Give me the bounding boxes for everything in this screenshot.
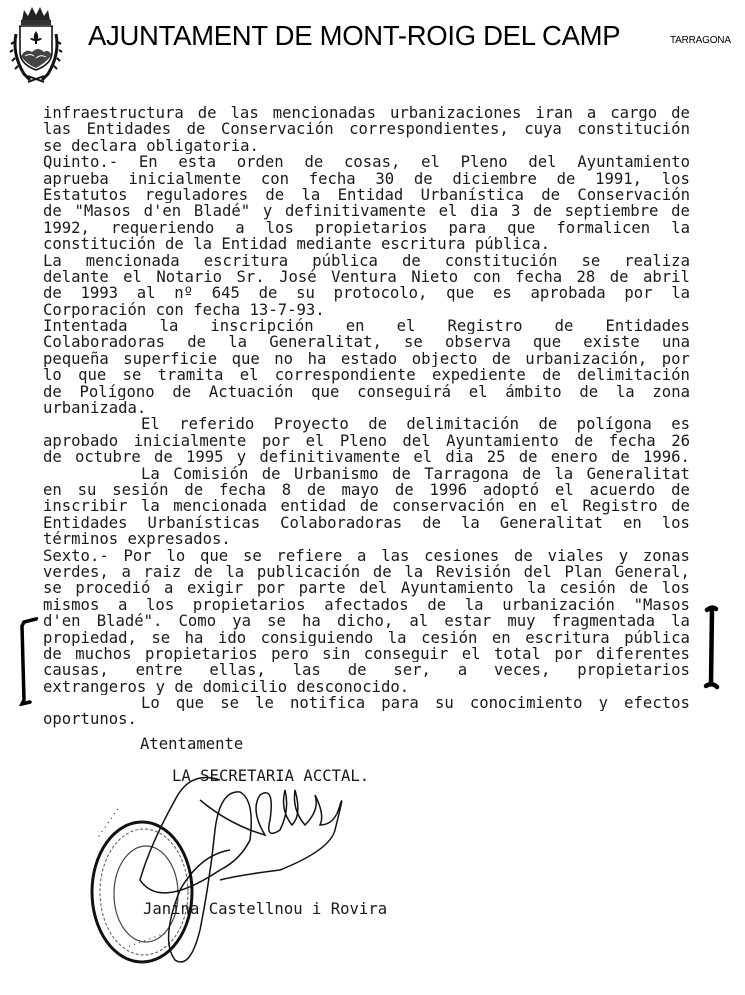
letter-line: se declara obligatoria. bbox=[43, 138, 690, 154]
signatory-name: Janina Castellnou i Rovira bbox=[143, 900, 387, 918]
letterhead-title: AJUNTAMENT DE MONT-ROIG DEL CAMP bbox=[88, 20, 620, 52]
letter-line: oportunos. bbox=[43, 711, 690, 727]
letter-line: EntidadesUrbanísticasColaboradorasdelaGe… bbox=[43, 515, 690, 531]
letter-line: seprocedióaexigirporpartedelAyuntamiento… bbox=[43, 580, 690, 596]
letter-line: Loqueselenotificaparasuconocimientoyefec… bbox=[43, 695, 690, 711]
letter-line: infraestructuradelasmencionadasurbanizac… bbox=[43, 105, 690, 121]
svg-text:·······: ······· bbox=[94, 805, 124, 842]
letter-line: delanteelNotarioSr.JoséVenturaNietoconfe… bbox=[43, 269, 690, 285]
letter-line: de"Masosd'enBladé"ydefinitivamenteeldia3… bbox=[43, 203, 690, 219]
letter-line: pequeñasuperficiequenohaestadoobjectodeu… bbox=[43, 351, 690, 367]
letter-line: Quinto.-Enestaordendecosas,elPlenodelAyu… bbox=[43, 154, 690, 170]
signature-and-stamp: ······· ········ bbox=[80, 770, 380, 985]
margin-bracket-right-icon bbox=[702, 604, 722, 690]
letter-line: LaComisióndeUrbanismodeTarragonadelaGene… bbox=[43, 466, 690, 482]
salutation: Atentamente bbox=[140, 735, 243, 753]
letter-line: ElreferidoProyectodedelimitacióndepolígo… bbox=[43, 416, 690, 432]
letter-line: términos expresados. bbox=[43, 531, 690, 547]
letter-line: ColaboradorasdelaGeneralitat,seobservaqu… bbox=[43, 334, 690, 350]
letter-line: 1992,requeriendoalospropietariosparaquef… bbox=[43, 220, 690, 236]
letter-line: Lamencionadaescriturapúblicadeconstituci… bbox=[43, 253, 690, 269]
letter-line: mismosalospropietariosafectadosdelaurban… bbox=[43, 597, 690, 613]
letter-line: aprobadoinicialmenteporelPlenodelAyuntam… bbox=[43, 433, 690, 449]
letter-line: inscribirlamencionadaentidaddeconservaci… bbox=[43, 498, 690, 514]
letter-line: demuchospropietariosperosinconseguirelto… bbox=[43, 646, 690, 662]
letter-line: propiedad,sehaidoconsiguiendolacesiónene… bbox=[43, 630, 690, 646]
letter-line: dePolígonodeActuaciónqueconseguiráelámbi… bbox=[43, 384, 690, 400]
letter-line: IntentadalainscripciónenelRegistrodeEnti… bbox=[43, 318, 690, 334]
letter-line: urbanizada. bbox=[43, 400, 690, 416]
letter-line: ensusesióndefecha8demayode1996adoptóelac… bbox=[43, 482, 690, 498]
letter-line: apruebainicialmenteconfecha30dediciembre… bbox=[43, 171, 690, 187]
letter-line: causas,entreellas,lasdeser,aveces,propie… bbox=[43, 662, 690, 678]
letter-line: lasEntidadesdeConservacióncorrespondient… bbox=[43, 121, 690, 137]
letter-line: loquesetramitaelcorrespondienteexpedient… bbox=[43, 367, 690, 383]
letter-line: constitución de la Entidad mediante escr… bbox=[43, 236, 690, 252]
handwritten-signature-icon bbox=[140, 778, 342, 963]
svg-text:········: ········ bbox=[126, 929, 170, 953]
letterhead-province: TARRAGONA bbox=[670, 35, 731, 46]
letter-body: infraestructuradelasmencionadasurbanizac… bbox=[43, 105, 690, 728]
coat-of-arms-icon bbox=[8, 4, 64, 84]
letter-line: EstatutosreguladoresdelaEntidadUrbanísti… bbox=[43, 187, 690, 203]
letter-line: Corporación con fecha 13-7-93. bbox=[43, 302, 690, 318]
letter-line: de1993alnº645desuprotocolo,queesaprobada… bbox=[43, 285, 690, 301]
letter-line: verdes,araizdelapublicacióndelaRevisiónd… bbox=[43, 564, 690, 580]
letter-line: d'enBladé".Comoyasehadicho,alestarmuyfra… bbox=[43, 613, 690, 629]
letter-line: deoctubrede1995ydefinitivamenteeldia25de… bbox=[43, 449, 690, 465]
letter-line: extrangeros y de domicilio desconocido. bbox=[43, 679, 690, 695]
margin-bracket-left-icon bbox=[18, 616, 42, 706]
letter-line: Sexto.-Porloqueserefierealascesionesdevi… bbox=[43, 548, 690, 564]
